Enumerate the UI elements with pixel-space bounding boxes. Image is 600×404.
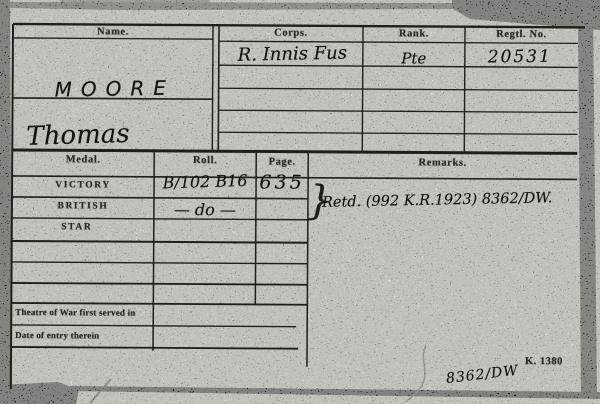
medal-column-header: Medal. [12, 154, 154, 166]
remarks-column-header: Remarks. [308, 157, 577, 170]
medal-name: BRITISH [12, 201, 154, 212]
rank-value: Pte [370, 49, 458, 68]
rank-column-header: Rank. [363, 28, 465, 40]
surname-value: MOORE [54, 76, 175, 102]
theatre-of-war-value [158, 308, 288, 309]
forename-value: Thomas [26, 119, 130, 152]
roll-value: B/102 B16 [156, 171, 255, 193]
remarks-note: Retd. (992 K.R.1923) 8362/DW. [322, 190, 553, 211]
roll-value [156, 222, 254, 223]
footer-annotation: 8362/DW [445, 363, 519, 387]
regtl-no-value: 20531 [470, 46, 570, 67]
page-column-header: Page. [256, 156, 308, 167]
page-value: 635 [257, 171, 307, 193]
card-content: Name. Corps. Rank. Regtl. No. MOORE Thom… [0, 0, 600, 404]
medal-name: STAR [12, 222, 142, 233]
form-number: K. 1380 [525, 356, 563, 367]
medal-row-british: BRITISH — do — [0, 0, 600, 4]
date-of-entry-label: Date of entry therein [15, 330, 99, 341]
medal-row-star: STAR [0, 0, 600, 4]
theatre-of-war-label: Theatre of War first served in [15, 307, 135, 318]
medal-row-victory: VICTORY B/102 B16 635 [0, 0, 600, 4]
corps-column-header: Corps. [219, 27, 363, 39]
regtl-no-column-header: Regtl. No. [465, 29, 578, 41]
roll-value: — do — [156, 200, 254, 220]
medal-index-card-scan: Name. Corps. Rank. Regtl. No. MOORE Thom… [0, 0, 600, 404]
medal-name: VICTORY [12, 180, 154, 191]
date-of-entry-value [158, 331, 288, 332]
roll-column-header: Roll. [154, 155, 256, 167]
name-column-header: Name. [13, 26, 213, 38]
corps-value: R. Innis Fus [225, 42, 360, 66]
